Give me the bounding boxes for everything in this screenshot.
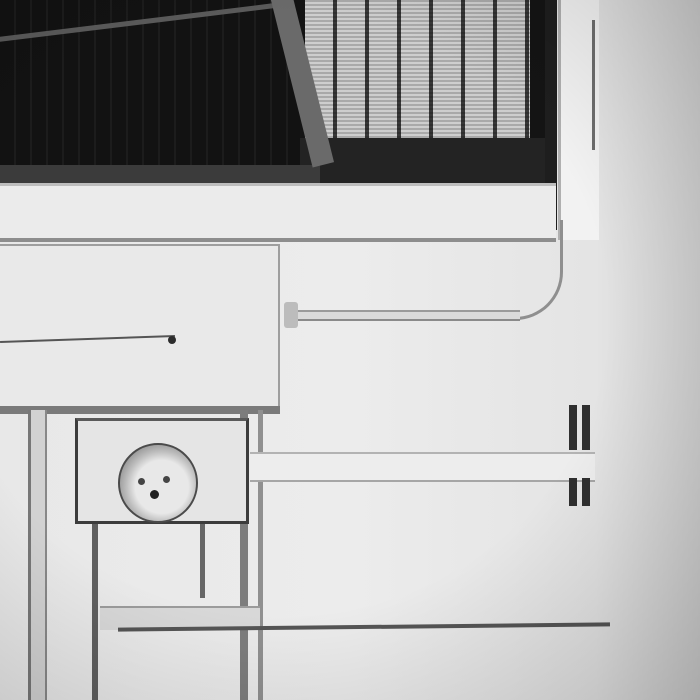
bracket-left [92, 518, 98, 700]
meter-face-dot [163, 476, 170, 483]
meter-face-center [150, 490, 159, 499]
right-trim-line [592, 20, 595, 150]
window-sill [0, 183, 556, 242]
conduit-pipe [290, 310, 520, 321]
window-mesh-bottom [0, 165, 320, 185]
conduit-fitting [284, 302, 298, 328]
wall-strap-upper [565, 405, 595, 450]
utility-meter [118, 443, 198, 523]
horizontal-pipe [250, 452, 595, 482]
window-dark-interior [0, 0, 300, 185]
left-trim [28, 410, 47, 700]
bracket-mid [200, 518, 205, 598]
panel-screw [168, 336, 176, 344]
meter-face-dot [138, 478, 145, 485]
electrical-panel [0, 244, 280, 410]
photo-scene: Black-and-white photo of an exterior wal… [0, 0, 700, 700]
conduit-curve [490, 220, 563, 320]
window-mesh [305, 0, 530, 138]
wall-strap-lower [565, 478, 595, 506]
window-lower-screen [300, 138, 555, 185]
